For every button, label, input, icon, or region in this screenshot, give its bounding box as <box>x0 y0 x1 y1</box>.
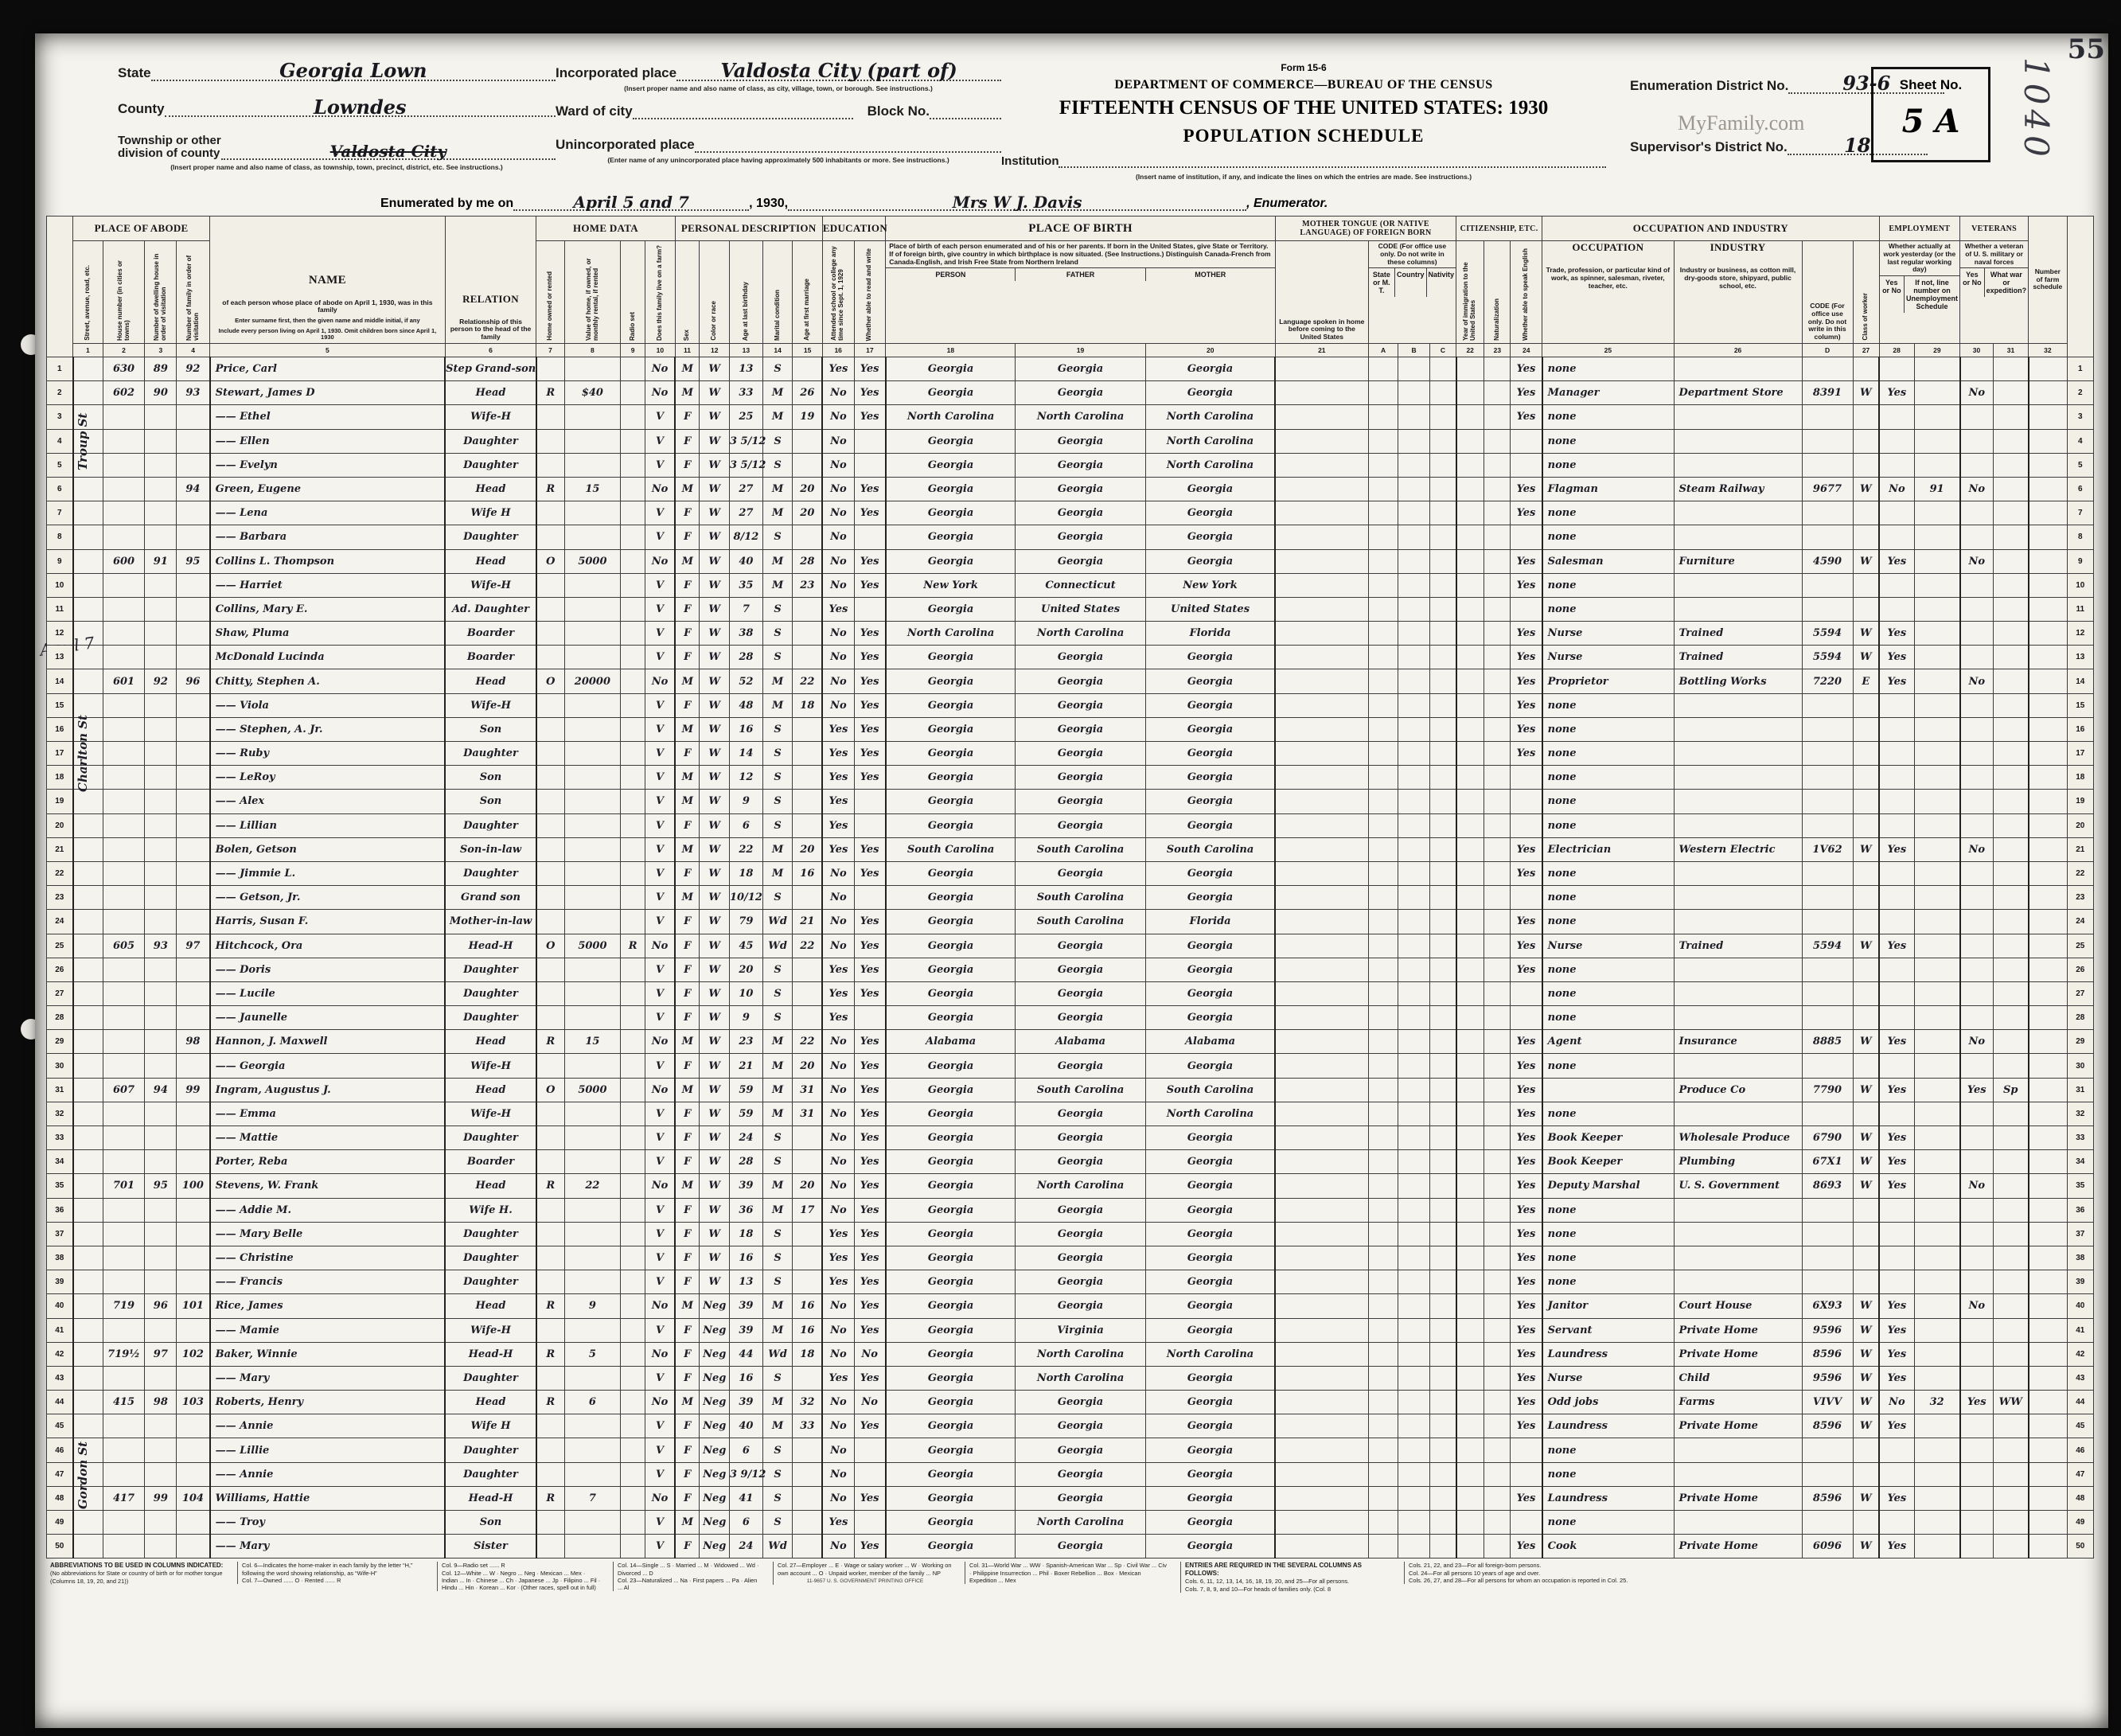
cell-oc: none <box>1542 742 1674 766</box>
cell-ln <box>1275 453 1368 477</box>
cell-ln <box>1275 429 1368 453</box>
cell-d <box>145 453 177 477</box>
cell-pb: New York <box>886 573 1016 597</box>
column-number-27: 27 <box>1853 344 1879 357</box>
cell-h: 415 <box>103 1391 145 1414</box>
cell-wk <box>1879 453 1914 477</box>
cell-st <box>73 1174 103 1198</box>
cell-fb: Georgia <box>1016 981 1145 1005</box>
cell-ci <box>1456 1006 1484 1030</box>
cell-pb: Georgia <box>886 742 1016 766</box>
cell-fs <box>2029 1294 2068 1318</box>
cell-sx: M <box>675 1030 700 1054</box>
name-desc-1: of each person whose place of abode on A… <box>210 298 445 317</box>
table-row: 33—— MattieDaughterVFW24SNoYesGeorgiaGeo… <box>47 1126 2094 1150</box>
cell-ind <box>1674 429 1802 453</box>
cell-wk <box>1879 886 1914 910</box>
cell-cl: W <box>1853 1535 1879 1558</box>
cell-rw: Yes <box>854 357 886 381</box>
cell-ind: Bottling Works <box>1674 669 1802 693</box>
cell-ca <box>1368 1078 1398 1102</box>
cell-wk: Yes <box>1879 669 1914 693</box>
cell-fs <box>2029 405 2068 429</box>
cell-rc: Neg <box>700 1414 729 1438</box>
cell-rw: Yes <box>854 549 886 573</box>
table-row: 30—— GeorgiaWife-HVFW21M20NoYesGeorgiaGe… <box>47 1054 2094 1078</box>
table-row: 38—— ChristineDaughterVFW16SYesYesGeorgi… <box>47 1246 2094 1270</box>
cell-ms: M <box>762 1054 792 1078</box>
cell-wk: Yes <box>1879 934 1914 958</box>
cell-pb: Georgia <box>886 429 1016 453</box>
cell-fm: V <box>645 501 676 525</box>
cell-cb <box>1398 646 1430 669</box>
cell-st <box>73 573 103 597</box>
cell-fb: Georgia <box>1016 1462 1145 1486</box>
cell-vt <box>1960 622 1994 646</box>
entries-5: Cols. 26, 27, and 28—For all persons for… <box>1409 1577 1628 1584</box>
cell-rw <box>854 1462 886 1486</box>
cell-o <box>536 837 564 861</box>
cell-wr <box>1993 525 2028 549</box>
cell-cd: 6X93 <box>1802 1294 1853 1318</box>
cell-ind: Farms <box>1674 1391 1802 1414</box>
cell-mb: North Carolina <box>1145 1342 1275 1366</box>
cell-sx: F <box>675 693 700 717</box>
cell-wk <box>1879 597 1914 621</box>
cell-rw <box>854 813 886 837</box>
cell-o: O <box>536 934 564 958</box>
cell-na <box>1484 1030 1511 1054</box>
cell-o <box>536 1535 564 1558</box>
cell-rc: W <box>700 597 729 621</box>
cell-mb: Georgia <box>1145 1438 1275 1462</box>
cell-en: Yes <box>1511 742 1542 766</box>
footer-entries-block: ENTRIES ARE REQUIRED IN THE SEVERAL COLU… <box>1180 1562 1396 1593</box>
cell-cc <box>1429 357 1456 381</box>
cell-sc: No <box>822 693 854 717</box>
cell-wk: No <box>1879 1391 1914 1414</box>
cell-h <box>103 1102 145 1125</box>
cell-am: 16 <box>793 1318 822 1342</box>
cell-h <box>103 1006 145 1030</box>
cell-o <box>536 1006 564 1030</box>
cell-d <box>145 1222 177 1246</box>
cell-mb: Georgia <box>1145 549 1275 573</box>
cell-ul <box>1914 549 1959 573</box>
cell-ca <box>1368 1222 1398 1246</box>
line-number-left: 1 <box>47 357 73 381</box>
cell-ul <box>1914 1535 1959 1558</box>
cell-rc: Neg <box>700 1438 729 1462</box>
cell-o <box>536 861 564 885</box>
cell-na <box>1484 1270 1511 1294</box>
cell-fm: V <box>645 1462 676 1486</box>
cell-fm: V <box>645 1054 676 1078</box>
cell-fs <box>2029 381 2068 405</box>
cell-pb: Georgia <box>886 1270 1016 1294</box>
cell-ci <box>1456 1102 1484 1125</box>
cell-h <box>103 1150 145 1174</box>
cell-cl <box>1853 453 1879 477</box>
line-number-left: 43 <box>47 1366 73 1390</box>
cell-ind <box>1674 573 1802 597</box>
cell-h <box>103 597 145 621</box>
cell-ul <box>1914 837 1959 861</box>
cell-oc: none <box>1542 1511 1674 1535</box>
cell-ca <box>1368 573 1398 597</box>
cell-fm: No <box>645 1030 676 1054</box>
employment-desc: Whether actually at work yesterday (or t… <box>1880 241 1959 275</box>
cell-ca <box>1368 1391 1398 1414</box>
cell-rw: Yes <box>854 766 886 790</box>
cell-d <box>145 1198 177 1222</box>
cell-rc: W <box>700 1270 729 1294</box>
footer-col31: Col. 31—World War ... WW · Spanish-Ameri… <box>965 1562 1172 1584</box>
cell-fb: Georgia <box>1016 1222 1145 1246</box>
cell-v <box>564 1535 621 1558</box>
cell-rel: Head <box>445 669 536 693</box>
cell-mb: Georgia <box>1145 1246 1275 1270</box>
cell-fb: Georgia <box>1016 1126 1145 1150</box>
cell-pb: Alabama <box>886 1030 1016 1054</box>
cell-o: O <box>536 1078 564 1102</box>
cell-ul <box>1914 381 1959 405</box>
cell-ca <box>1368 501 1398 525</box>
cell-fm: V <box>645 646 676 669</box>
table-row: 27—— LucileDaughterVFW10SYesYesGeorgiaGe… <box>47 981 2094 1005</box>
cell-am: 28 <box>793 549 822 573</box>
cell-pb: Georgia <box>886 790 1016 813</box>
cell-rel: Daughter <box>445 1126 536 1150</box>
cell-v <box>564 693 621 717</box>
cell-en <box>1511 525 1542 549</box>
cell-ul <box>1914 1318 1959 1342</box>
cell-wr <box>1993 573 2028 597</box>
cell-sc: No <box>822 1174 854 1198</box>
print-code: 11-9657 <box>807 1578 825 1584</box>
cell-v <box>564 1222 621 1246</box>
cell-fs <box>2029 1222 2068 1246</box>
cell-ci <box>1456 429 1484 453</box>
cell-rel: Daughter <box>445 525 536 549</box>
cell-sx: M <box>675 1078 700 1102</box>
cell-o <box>536 1222 564 1246</box>
code-b-label: Country <box>1394 268 1426 297</box>
cell-f: 96 <box>177 669 210 693</box>
cell-ca <box>1368 861 1398 885</box>
cell-sc: Yes <box>822 1246 854 1270</box>
col-read-write: Whether able to read and write <box>854 241 886 344</box>
cell-v <box>564 742 621 766</box>
cell-wr <box>1993 1414 2028 1438</box>
cell-o: O <box>536 669 564 693</box>
cell-pb: North Carolina <box>886 405 1016 429</box>
cell-h <box>103 837 145 861</box>
township-value: Valdosta City <box>221 144 556 160</box>
cell-nm: —— Lillian <box>210 813 446 837</box>
table-row: 21Bolen, GetsonSon-in-lawVMW22M20YesYesS… <box>47 837 2094 861</box>
cell-mb: Georgia <box>1145 1150 1275 1174</box>
cell-en: Yes <box>1511 1535 1542 1558</box>
cell-ci <box>1456 981 1484 1005</box>
veterans-desc: Whether a veteran of U. S. military or n… <box>1960 241 2028 267</box>
cell-ci <box>1456 573 1484 597</box>
cell-ind <box>1674 1006 1802 1030</box>
cell-rel: Wife-H <box>445 573 536 597</box>
veteran-war-label: What war or expedition? <box>1984 268 2029 297</box>
cell-f <box>177 790 210 813</box>
cell-fb: Georgia <box>1016 525 1145 549</box>
cell-o: R <box>536 1174 564 1198</box>
cell-ag: 7 <box>729 597 762 621</box>
cell-cb <box>1398 622 1430 646</box>
col-veterans-group: Whether a veteran of U. S. military or n… <box>1960 241 2029 344</box>
cell-cb <box>1398 1342 1430 1366</box>
cell-sx: F <box>675 1366 700 1390</box>
cell-ln <box>1275 861 1368 885</box>
cell-sc: No <box>822 910 854 934</box>
cell-r <box>621 669 645 693</box>
cell-oc: Book Keeper <box>1542 1126 1674 1150</box>
table-row: 41—— MamieWife-HVFNeg39M16NoYesGeorgiaVi… <box>47 1318 2094 1342</box>
cell-d <box>145 886 177 910</box>
cell-ca <box>1368 1174 1398 1198</box>
cell-am <box>793 1006 822 1030</box>
cell-rc: Neg <box>700 1391 729 1414</box>
cell-nm: Collins L. Thompson <box>210 549 446 573</box>
cell-en: Yes <box>1511 549 1542 573</box>
cell-wr <box>1993 1294 2028 1318</box>
line-number-right: 43 <box>2067 1366 2093 1390</box>
cell-oc: none <box>1542 357 1674 381</box>
line-number-left: 18 <box>47 766 73 790</box>
code-a-label: State or M. T. <box>1369 268 1394 297</box>
cell-sc: Yes <box>822 790 854 813</box>
cell-fs <box>2029 981 2068 1005</box>
cell-sc: Yes <box>822 958 854 981</box>
table-row: 16308992Price, CarlStep Grand-sonNoMW13S… <box>47 357 2094 381</box>
cell-pb: Georgia <box>886 1246 1016 1270</box>
cell-nm: Roberts, Henry <box>210 1391 446 1414</box>
cell-cb <box>1398 573 1430 597</box>
cell-ul <box>1914 669 1959 693</box>
cell-d <box>145 861 177 885</box>
cell-rel: Grand son <box>445 886 536 910</box>
cell-o <box>536 453 564 477</box>
cell-fm: V <box>645 1246 676 1270</box>
cell-nm: Harris, Susan F. <box>210 910 446 934</box>
cell-cl: W <box>1853 381 1879 405</box>
cell-rel: Head <box>445 549 536 573</box>
cell-en <box>1511 453 1542 477</box>
line-number-left: 20 <box>47 813 73 837</box>
cell-rel: Son <box>445 766 536 790</box>
cell-pb: Georgia <box>886 1006 1016 1030</box>
cell-r <box>621 381 645 405</box>
cell-o: R <box>536 1342 564 1366</box>
cell-am: 26 <box>793 381 822 405</box>
cell-cb <box>1398 1174 1430 1198</box>
cell-nm: Shaw, Pluma <box>210 622 446 646</box>
cell-na <box>1484 742 1511 766</box>
cell-ul <box>1914 1342 1959 1366</box>
cell-wr <box>1993 1246 2028 1270</box>
cell-na <box>1484 1150 1511 1174</box>
cell-vt <box>1960 1318 1994 1342</box>
farm-label: Does this family live on a farm? <box>657 243 664 343</box>
cell-pb: Georgia <box>886 1414 1016 1438</box>
cell-o <box>536 501 564 525</box>
cell-ln <box>1275 622 1368 646</box>
cell-cb <box>1398 934 1430 958</box>
cell-fm: No <box>645 1342 676 1366</box>
cell-rc: W <box>700 477 729 501</box>
cell-sc: No <box>822 669 854 693</box>
cell-fb: Georgia <box>1016 1246 1145 1270</box>
cell-nm: —— Barbara <box>210 525 446 549</box>
cell-sx: F <box>675 1102 700 1125</box>
cell-ms: S <box>762 766 792 790</box>
ward-label: Ward of city <box>556 103 633 119</box>
code-abc-label: CODE (For office use only. Do not write … <box>1369 241 1456 267</box>
cell-vt: No <box>1960 1030 1994 1054</box>
cell-ln <box>1275 573 1368 597</box>
cell-rw: Yes <box>854 477 886 501</box>
cell-ind: Insurance <box>1674 1030 1802 1054</box>
cell-rc: W <box>700 381 729 405</box>
cell-v <box>564 1054 621 1078</box>
cell-rel: Daughter <box>445 1006 536 1030</box>
cell-am <box>793 1438 822 1462</box>
cell-rw <box>854 1438 886 1462</box>
cell-ci <box>1456 1198 1484 1222</box>
cell-o <box>536 525 564 549</box>
cell-ul <box>1914 1102 1959 1125</box>
col-school: Attended school or college any time sinc… <box>822 241 854 344</box>
cell-st <box>73 1222 103 1246</box>
cell-v <box>564 1366 621 1390</box>
cell-sx: F <box>675 453 700 477</box>
cell-mb: North Carolina <box>1145 1102 1275 1125</box>
cell-d <box>145 1150 177 1174</box>
cell-am: 22 <box>793 669 822 693</box>
cell-ag: 40 <box>729 1414 762 1438</box>
birthplace-mother-label: MOTHER <box>1145 268 1275 281</box>
cell-f <box>177 1438 210 1462</box>
cell-f <box>177 861 210 885</box>
cell-d <box>145 1414 177 1438</box>
cell-oc: none <box>1542 717 1674 741</box>
cell-h <box>103 910 145 934</box>
cell-cl: W <box>1853 1174 1879 1198</box>
cell-mb: Alabama <box>1145 1030 1275 1054</box>
cell-cl <box>1853 861 1879 885</box>
cell-d <box>145 958 177 981</box>
cell-sx: M <box>675 1511 700 1535</box>
cell-v <box>564 573 621 597</box>
table-row: 47Gordon St—— AnnieDaughterVFNeg3 9/12SN… <box>47 1462 2094 1486</box>
cell-rw: Yes <box>854 717 886 741</box>
cell-na <box>1484 1511 1511 1535</box>
cell-ag: 3 9/12 <box>729 1462 762 1486</box>
cell-ln <box>1275 381 1368 405</box>
table-row: 4Troup St—— EllenDaughterVFW3 5/12SNoGeo… <box>47 429 2094 453</box>
cell-fm: No <box>645 1174 676 1198</box>
line-number-left: 29 <box>47 1030 73 1054</box>
line-number-right: 8 <box>2067 525 2093 549</box>
cell-ag: 12 <box>729 766 762 790</box>
cell-oc: Laundress <box>1542 1414 1674 1438</box>
line-number-left: 21 <box>47 837 73 861</box>
cell-ind <box>1674 1438 1802 1462</box>
cell-f: 102 <box>177 1342 210 1366</box>
cell-f: 93 <box>177 381 210 405</box>
table-row: 26029093Stewart, James DHeadR$40NoMW33M2… <box>47 381 2094 405</box>
cell-ul <box>1914 1270 1959 1294</box>
birthplace-desc: Place of birth of each person enumerated… <box>886 241 1275 267</box>
cell-na <box>1484 958 1511 981</box>
cell-ln <box>1275 1414 1368 1438</box>
cell-ca <box>1368 477 1398 501</box>
cell-fm: No <box>645 1391 676 1414</box>
cell-h: 601 <box>103 669 145 693</box>
cell-wk: Yes <box>1879 1535 1914 1558</box>
cell-h <box>103 1126 145 1150</box>
cell-o <box>536 1150 564 1174</box>
cell-oc: none <box>1542 1102 1674 1125</box>
cell-fm: V <box>645 597 676 621</box>
cell-d: 89 <box>145 357 177 381</box>
cell-rc: Neg <box>700 1366 729 1390</box>
cell-oc: Flagman <box>1542 477 1674 501</box>
cell-vt <box>1960 1486 1994 1510</box>
cell-fs <box>2029 501 2068 525</box>
cell-ca <box>1368 1294 1398 1318</box>
cell-cd: 7790 <box>1802 1078 1853 1102</box>
cell-d <box>145 981 177 1005</box>
cell-cb <box>1398 693 1430 717</box>
cell-rw: Yes <box>854 1246 886 1270</box>
cell-st <box>73 886 103 910</box>
cell-mb: South Carolina <box>1145 1078 1275 1102</box>
cell-nm: —— Lucile <box>210 981 446 1005</box>
cell-ag: 6 <box>729 1438 762 1462</box>
cell-f <box>177 1198 210 1222</box>
cell-f <box>177 886 210 910</box>
cell-ca <box>1368 1102 1398 1125</box>
cell-pb: Georgia <box>886 1078 1016 1102</box>
cell-rc: W <box>700 1198 729 1222</box>
cell-rel: Daughter <box>445 1438 536 1462</box>
cell-pb: Georgia <box>886 693 1016 717</box>
cell-sx: M <box>675 1174 700 1198</box>
column-number-16: 16 <box>822 344 854 357</box>
cell-fb: Georgia <box>1016 1270 1145 1294</box>
cell-sx: M <box>675 1391 700 1414</box>
cell-wr: WW <box>1993 1391 2028 1414</box>
cell-fm: No <box>645 357 676 381</box>
cell-ul <box>1914 1246 1959 1270</box>
cell-ag: 16 <box>729 717 762 741</box>
cell-cd: 7220 <box>1802 669 1853 693</box>
cell-am <box>793 1222 822 1246</box>
cell-en: Yes <box>1511 861 1542 885</box>
cell-fs <box>2029 1535 2068 1558</box>
cell-cb <box>1398 1102 1430 1125</box>
cell-sc: No <box>822 1078 854 1102</box>
cell-ag: 28 <box>729 1150 762 1174</box>
cell-cc <box>1429 1174 1456 1198</box>
